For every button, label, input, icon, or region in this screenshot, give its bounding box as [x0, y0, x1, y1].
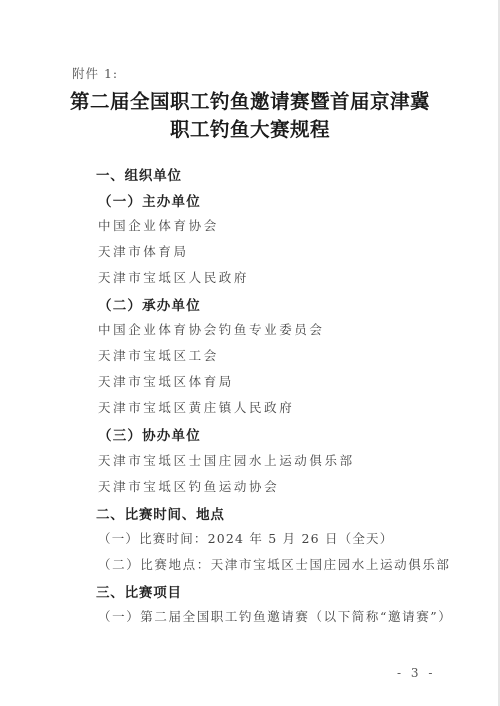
body-line: （一）第二届全国职工钓鱼邀请赛（以下简称“邀请赛”） [98, 607, 452, 625]
subsection-heading: （三）协办单位 [98, 424, 201, 444]
body-line: 中国企业体育协会钓鱼专业委员会 [98, 320, 325, 338]
page-number: - 3 - [397, 666, 435, 680]
body-line: 天津市宝坻区黄庄镇人民政府 [98, 398, 294, 416]
document-title-line-2: 职工钓鱼大赛规程 [0, 114, 500, 142]
attachment-label: 附件 1: [72, 64, 118, 82]
section-heading: 二、比赛时间、地点 [96, 503, 225, 523]
body-line: （一）比赛时间：2024 年 5 月 26 日（全天） [98, 529, 393, 547]
section-heading: 三、比赛项目 [96, 581, 182, 601]
subsection-heading: （二）承办单位 [98, 294, 201, 314]
body-line: （二）比赛地点：天津市宝坻区士国庄园水上运动俱乐部 [98, 555, 451, 573]
body-line: 天津市体育局 [98, 242, 189, 260]
body-line: 中国企业体育协会 [98, 216, 219, 234]
body-line: 天津市宝坻区工会 [98, 346, 219, 364]
body-line: 天津市宝坻区士国庄园水上运动俱乐部 [98, 451, 355, 469]
section-heading: 一、组织单位 [96, 164, 182, 184]
subsection-heading: （一）主办单位 [98, 190, 201, 210]
body-line: 天津市宝坻区体育局 [98, 372, 234, 390]
document-title-line-1: 第二届全国职工钓鱼邀请赛暨首届京津冀 [0, 86, 500, 114]
document-page: 附件 1: 第二届全国职工钓鱼邀请赛暨首届京津冀 职工钓鱼大赛规程 一、组织单位… [0, 0, 500, 706]
body-line: 天津市宝坻区人民政府 [98, 268, 249, 286]
body-line: 天津市宝坻区钓鱼运动协会 [98, 477, 279, 495]
